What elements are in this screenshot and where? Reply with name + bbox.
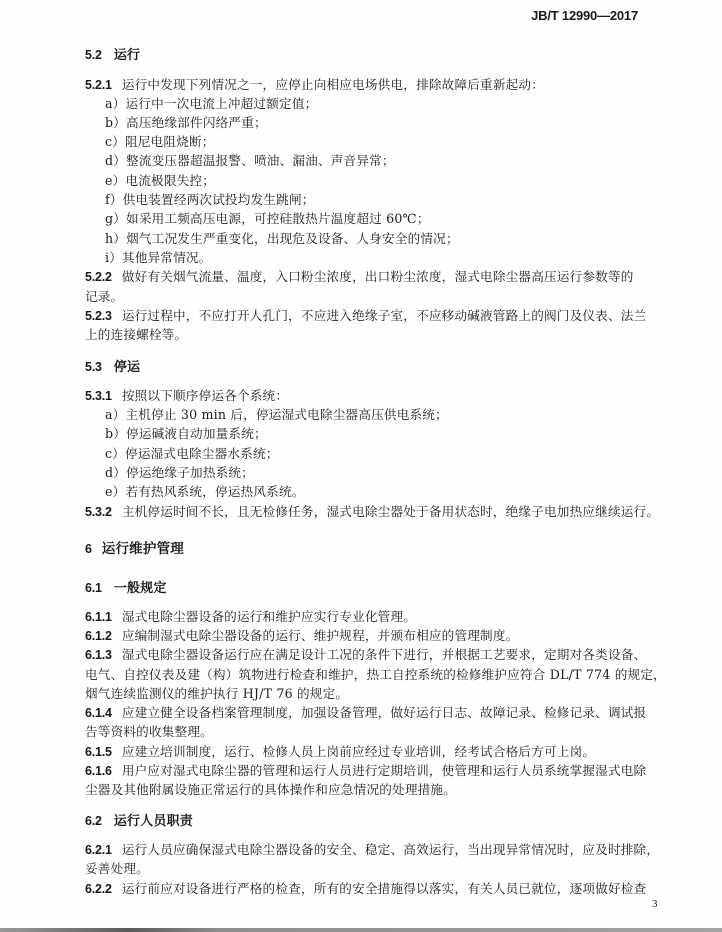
clause-6-1-5: 6.1.5应建立培训制度，运行、检修人员上岗前应经过专业培训，经考试合格后方可上…	[85, 742, 595, 761]
clause-text-continued: 上的连接螺栓等。	[85, 325, 187, 344]
chapter-number: 6	[85, 542, 92, 556]
clause-6-1-3: 6.1.3湿式电除尘器设备运行应在满足设计工况的条件下进行，并根据工艺要求，定期…	[85, 645, 646, 664]
clause-text: 主机停运时间不长，且无检修任务，湿式电除尘器处于备用状态时，绝缘子电加热应继续运…	[122, 504, 659, 519]
clause-text: 运行人员应确保湿式电除尘器设备的安全、稳定、高效运行，当出现异常情况时，应及时排…	[122, 842, 659, 857]
clause-number: 6.1.6	[85, 764, 112, 778]
clause-text: 应建立健全设备档案管理制度，加强设备管理，做好运行日志、故障记录、检修记录、调试…	[122, 705, 647, 720]
clause-6-1-4: 6.1.4应建立健全设备档案管理制度，加强设备管理，做好运行日志、故障记录、检修…	[85, 703, 646, 722]
clause-text-continued: 烟气连续监测仪的维护执行 HJ/T 76 的规定。	[85, 684, 348, 703]
clause-number: 5.2.3	[85, 309, 112, 323]
clause-5-3-2: 5.3.2主机停运时间不长，且无检修任务，湿式电除尘器处于备用状态时，绝缘子电加…	[85, 502, 659, 521]
clause-text: 用户应对湿式电除尘器的管理和运行人员进行定期培训，使管理和运行人员系统掌握湿式电…	[122, 763, 647, 778]
list-item: g）如采用工频高压电源，可控硅散热片温度超过 60℃；	[105, 209, 430, 228]
chapter-title: 运行维护管理	[102, 541, 184, 556]
section-number: 5.3	[85, 360, 102, 374]
clause-6-1-2: 6.1.2应编制湿式电除尘器设备的运行、维护规程，并颁布相应的管理制度。	[85, 626, 518, 645]
section-heading-5-2: 5.2运行	[85, 45, 140, 64]
list-item: c）停运湿式电除尘器水系统；	[105, 444, 279, 463]
list-item: a）运行中一次电流上冲超过额定值；	[105, 94, 317, 113]
list-item: c）阻尼电阻烧断；	[105, 132, 215, 151]
clause-6-1-6: 6.1.6用户应对湿式电除尘器的管理和运行人员进行定期培训，使管理和运行人员系统…	[85, 761, 646, 780]
section-number: 6.1	[85, 581, 102, 595]
list-item: a）主机停止 30 min 后，停运湿式电除尘器高压供电系统；	[105, 405, 448, 424]
section-title: 运行	[114, 47, 140, 62]
clause-number: 5.2.2	[85, 270, 112, 284]
clause-number: 6.1.1	[85, 610, 112, 624]
clause-text: 应建立培训制度，运行、检修人员上岗前应经过专业培训，经考试合格后方可上岗。	[122, 744, 595, 759]
list-item: h）烟气工况发生严重变化，出现危及设备、人身安全的情况；	[105, 229, 459, 248]
clause-number: 5.2.1	[85, 78, 112, 92]
list-item: e）若有热风系统，停运热风系统。	[105, 482, 305, 501]
chapter-heading-6: 6运行维护管理	[85, 539, 184, 558]
page-number: 3	[652, 898, 658, 910]
clause-text-continued: 记录。	[85, 287, 123, 306]
clause-6-1-1: 6.1.1湿式电除尘器设备的运行和维护应实行专业化管理。	[85, 607, 416, 626]
clause-5-2-3: 5.2.3运行过程中，不应打开人孔门，不应进入绝缘子室，不应移动碱液管路上的阀门…	[85, 306, 646, 325]
list-item: i）其他异常情况。	[105, 248, 212, 267]
list-item: f）供电装置经两次试投均发生跳闸；	[105, 190, 315, 209]
clause-text: 湿式电除尘器设备运行应在满足设计工况的条件下进行，并根据工艺要求，定期对各类设备…	[122, 647, 647, 662]
list-item: e）电流极限失控；	[105, 171, 215, 190]
page-bottom-edge	[0, 928, 722, 932]
clause-text: 运行中发现下列情况之一，应停止向相应电场供电，排除故障后重新起动：	[122, 77, 544, 92]
section-heading-5-3: 5.3停运	[85, 357, 140, 376]
section-number: 6.2	[85, 814, 102, 828]
clause-5-3-1: 5.3.1按照以下顺序停运各个系统：	[85, 386, 288, 405]
clause-number: 6.1.3	[85, 648, 112, 662]
clause-number: 6.2.2	[85, 882, 112, 896]
clause-text: 湿式电除尘器设备的运行和维护应实行专业化管理。	[122, 609, 416, 624]
section-title: 停运	[114, 359, 140, 374]
section-heading-6-2: 6.2运行人员职责	[85, 811, 193, 830]
clause-text: 运行前应对设备进行严格的检查，所有的安全措施得以落实，有关人员已就位，逐项做好检…	[122, 881, 647, 896]
clause-5-2-1: 5.2.1运行中发现下列情况之一，应停止向相应电场供电，排除故障后重新起动：	[85, 75, 544, 94]
clause-number: 5.3.1	[85, 389, 112, 403]
section-number: 5.2	[85, 48, 102, 62]
clause-number: 6.2.1	[85, 843, 112, 857]
section-title: 运行人员职责	[114, 813, 193, 828]
clause-6-2-1: 6.2.1运行人员应确保湿式电除尘器设备的安全、稳定、高效运行，当出现异常情况时…	[85, 840, 659, 859]
clause-text-continued: 妥善处理。	[85, 859, 149, 878]
section-title: 一般规定	[114, 580, 167, 595]
clause-text: 做好有关烟气流量、温度，入口粉尘浓度，出口粉尘浓度，湿式电除尘器高压运行参数等的	[122, 269, 634, 284]
list-item: d）停运绝缘子加热系统；	[105, 463, 254, 482]
list-item: b）停运碱液自动加量系统；	[105, 424, 267, 443]
clause-5-2-2: 5.2.2做好有关烟气流量、温度，入口粉尘浓度，出口粉尘浓度，湿式电除尘器高压运…	[85, 267, 634, 286]
clause-text-continued: 电气、自控仪表及建（构）筑物进行检查和维护，热工自控系统的检修维护应符合 DL/…	[85, 665, 666, 684]
clause-text-continued: 尘器及其他附属设施正常运行的具体操作和应急情况的处理措施。	[85, 780, 456, 799]
list-item: d）整流变压器超温报警、喷油、漏油、声音异常；	[105, 151, 395, 170]
list-item: b）高压绝缘部件闪络严重；	[105, 113, 267, 132]
clause-text-continued: 告等资料的收集整理。	[85, 722, 213, 741]
document-page: JB/T 12990—2017 5.2运行 5.2.1运行中发现下列情况之一，应…	[0, 0, 722, 932]
clause-number: 6.1.4	[85, 706, 112, 720]
section-heading-6-1: 6.1一般规定	[85, 578, 167, 597]
clause-number: 6.1.2	[85, 629, 112, 643]
clause-6-2-2: 6.2.2运行前应对设备进行严格的检查，所有的安全措施得以落实，有关人员已就位，…	[85, 879, 646, 898]
clause-text: 按照以下顺序停运各个系统：	[122, 388, 288, 403]
standard-code: JB/T 12990—2017	[531, 8, 638, 23]
clause-text: 应编制湿式电除尘器设备的运行、维护规程，并颁布相应的管理制度。	[122, 628, 519, 643]
clause-text: 运行过程中，不应打开人孔门，不应进入绝缘子室，不应移动碱液管路上的阀门及仪表、法…	[122, 308, 647, 323]
clause-number: 5.3.2	[85, 505, 112, 519]
clause-number: 6.1.5	[85, 745, 112, 759]
